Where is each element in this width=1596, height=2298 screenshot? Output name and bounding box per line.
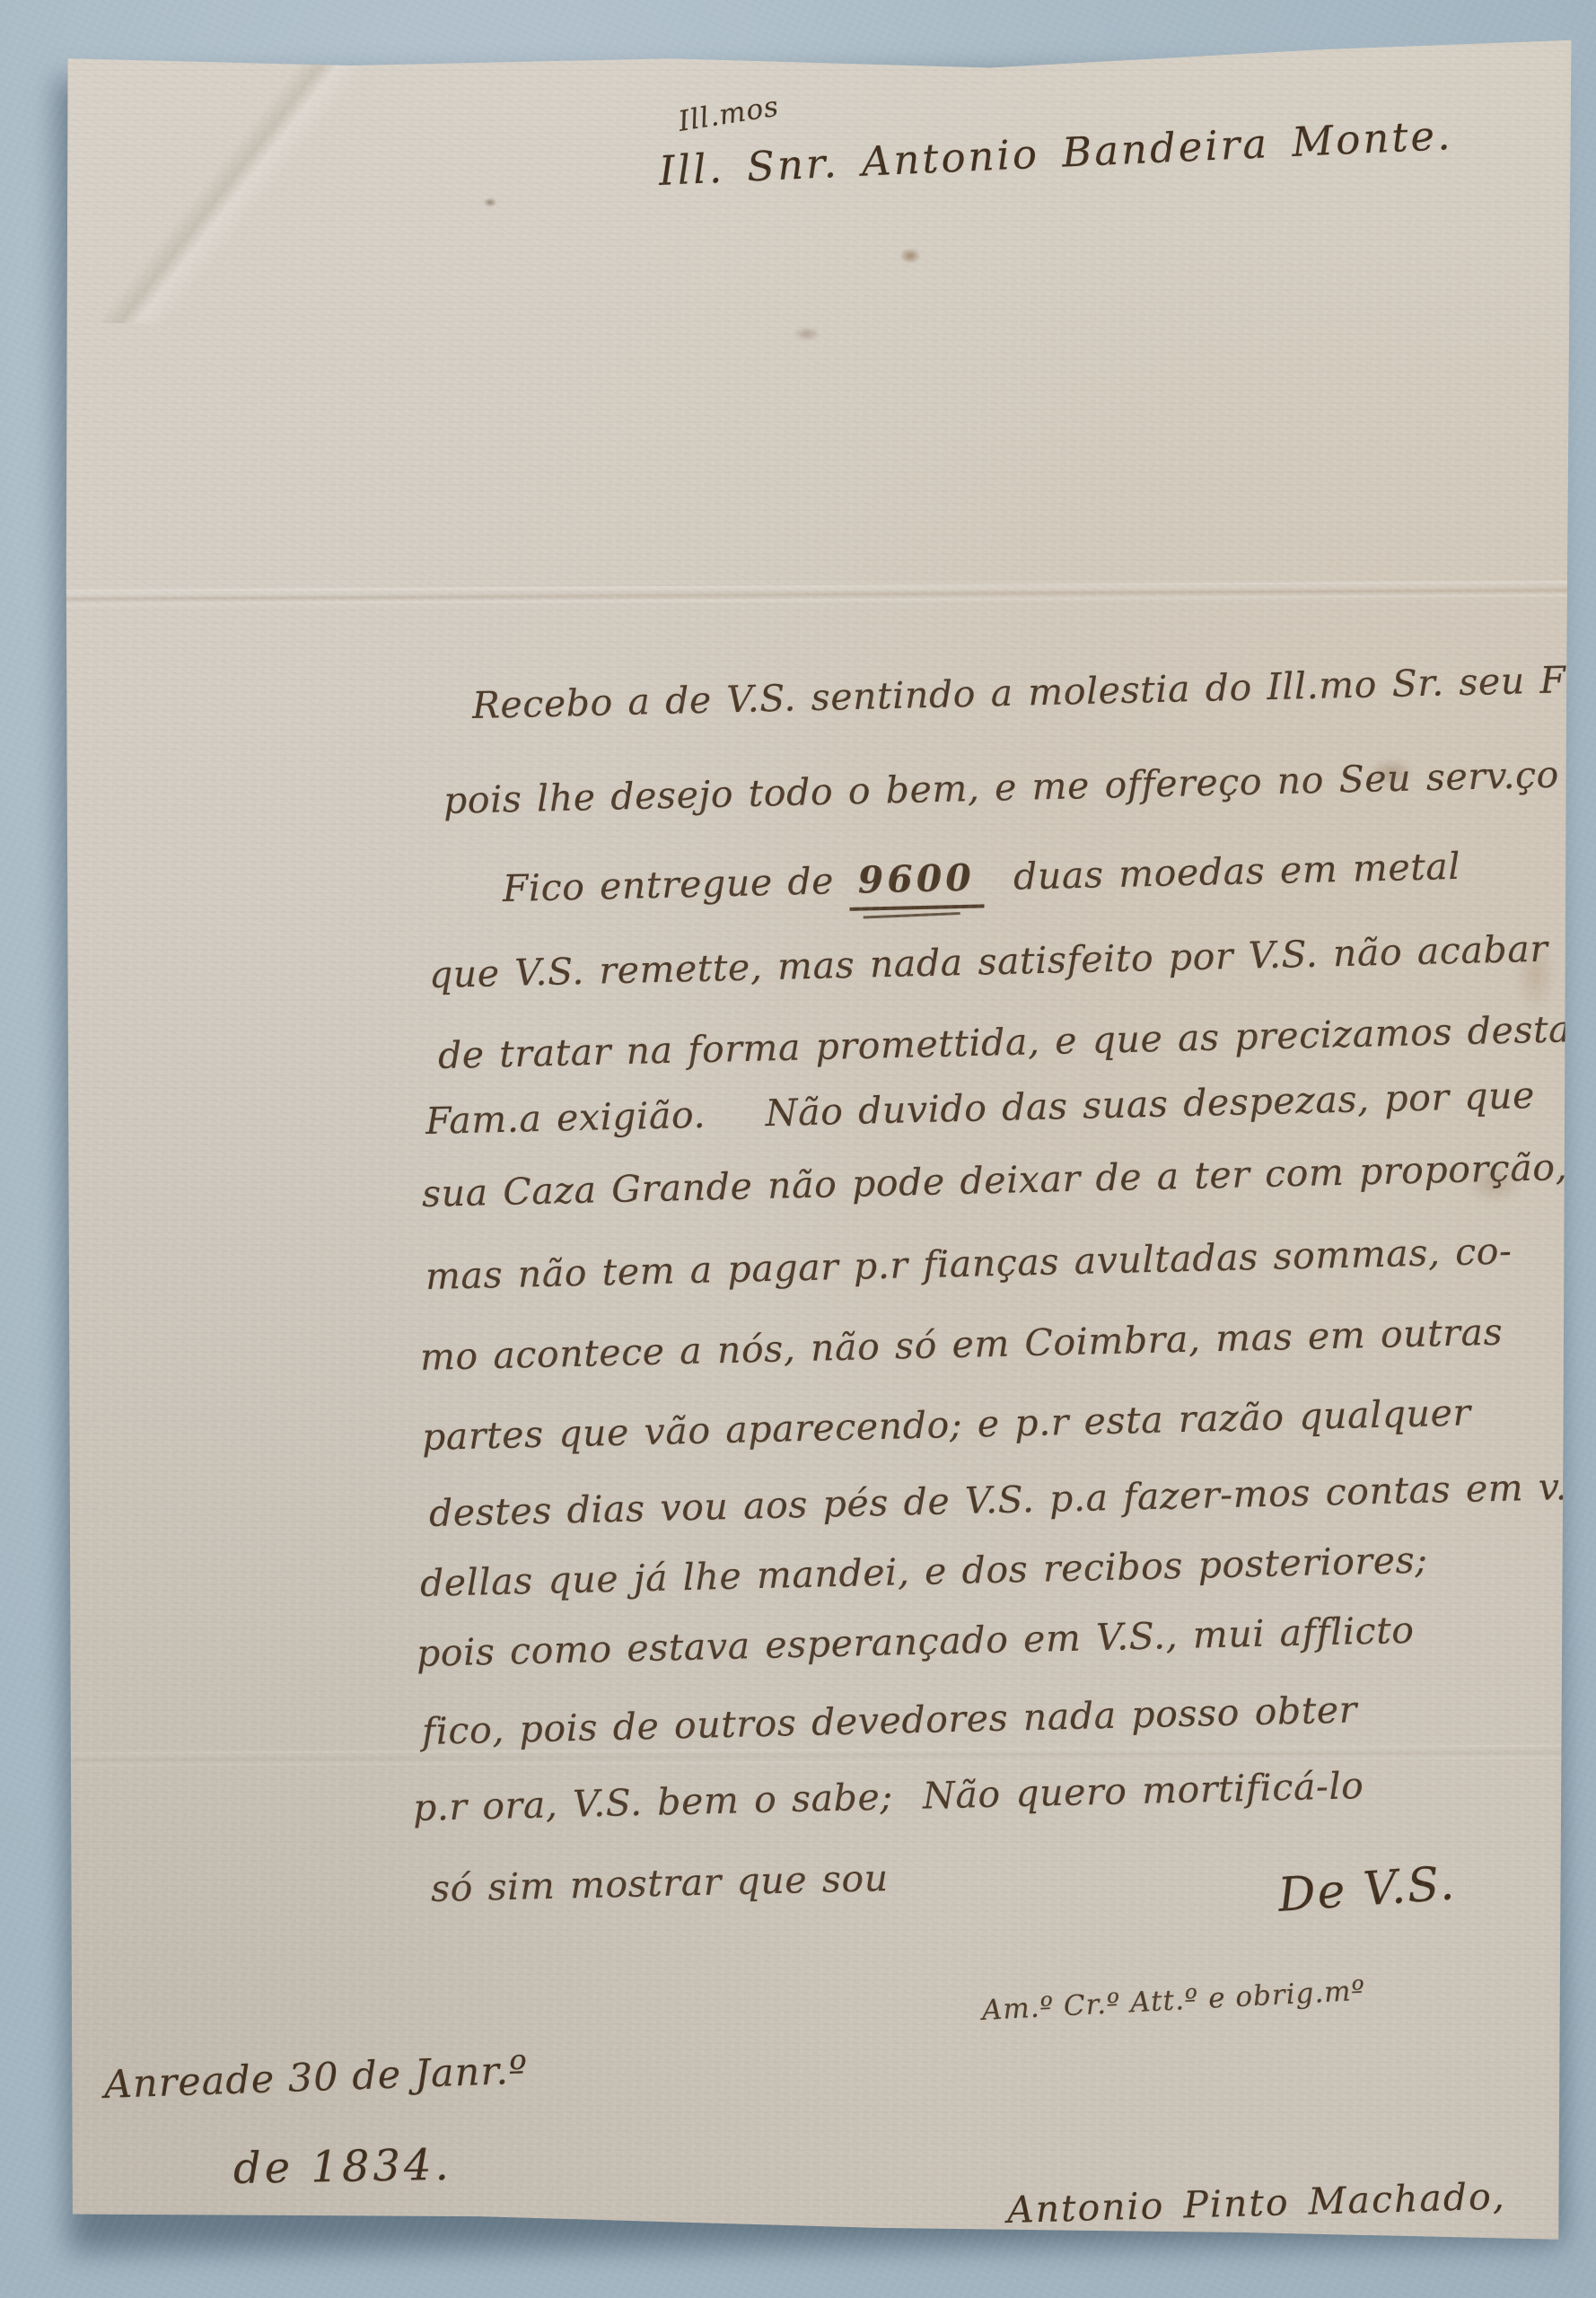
fold-crease-upper [63,581,1571,608]
signature: Antonio Pinto Machado, [1006,2174,1506,2232]
dateline-year: de 1834. [233,2140,453,2194]
body-line: que V.S. remette, mas nada satisfeito po… [428,927,1548,996]
body-line: dellas que já lhe mandei, e dos recibos … [419,1539,1428,1605]
foxing-stain [23,2188,39,2200]
letter-paper: Ill.mos Ill. Snr. Antonio Bandeira Monte… [0,0,1596,2298]
fold-crease-corner [36,54,413,323]
dateline-place: Anreade 30 de Janr.º [103,2048,529,2108]
body-line: Recebo a de V.S. sentindo a molestia do … [471,656,1596,727]
body-line: pois lhe desejo todo o bem, e me offereç… [443,753,1559,822]
body-line: p.r ora, V.S. bem o sabe; Não quero mort… [412,1764,1364,1829]
body-line: destes dias vou aos pés de V.S. p.a faze… [428,1464,1596,1535]
closing-formula: Am.º Cr.º Att.º e obrig.mº [981,1975,1366,2027]
body-line-with-amount: Fico entregue de 9600 duas moedas em met… [502,845,1461,919]
ink-speck [483,197,497,207]
letter-photograph: Ill.mos Ill. Snr. Antonio Bandeira Monte… [0,0,1596,2298]
show-through-smudge [794,327,820,341]
body-line: de tratar na forma promettida, e que as … [437,1007,1571,1077]
underlined-amount: 9600 [848,855,984,911]
heading-addressee: Ill. Snr. Antonio Bandeira Monte. [658,111,1454,195]
body-line: pois como estava esperançado em V.S., mu… [416,1609,1415,1675]
body-line: sua Caza Grande não pode deixar de a ter… [421,1145,1567,1215]
body-line: mas não tem a pagar p.r fianças avultada… [425,1229,1513,1298]
body-line: Fam.a exigião. Não duvido das suas despe… [425,1074,1535,1143]
body-line: só sim mostrar que sou [430,1856,889,1910]
foxing-stain [899,248,921,264]
body-line: mo acontece a nós, não só em Coimbra, ma… [419,1311,1503,1379]
valediction: De V.S. [1276,1856,1458,1923]
body-line: fico, pois de outros devedores nada poss… [421,1688,1357,1753]
amount-line-post: duas moedas em metal [983,845,1460,899]
amount-line-pre: Fico entregue de [502,859,849,910]
body-line: partes que vão aparecendo; e p.r esta ra… [421,1390,1471,1459]
heading-honorific-abbreviation: Ill.mos [676,91,781,138]
